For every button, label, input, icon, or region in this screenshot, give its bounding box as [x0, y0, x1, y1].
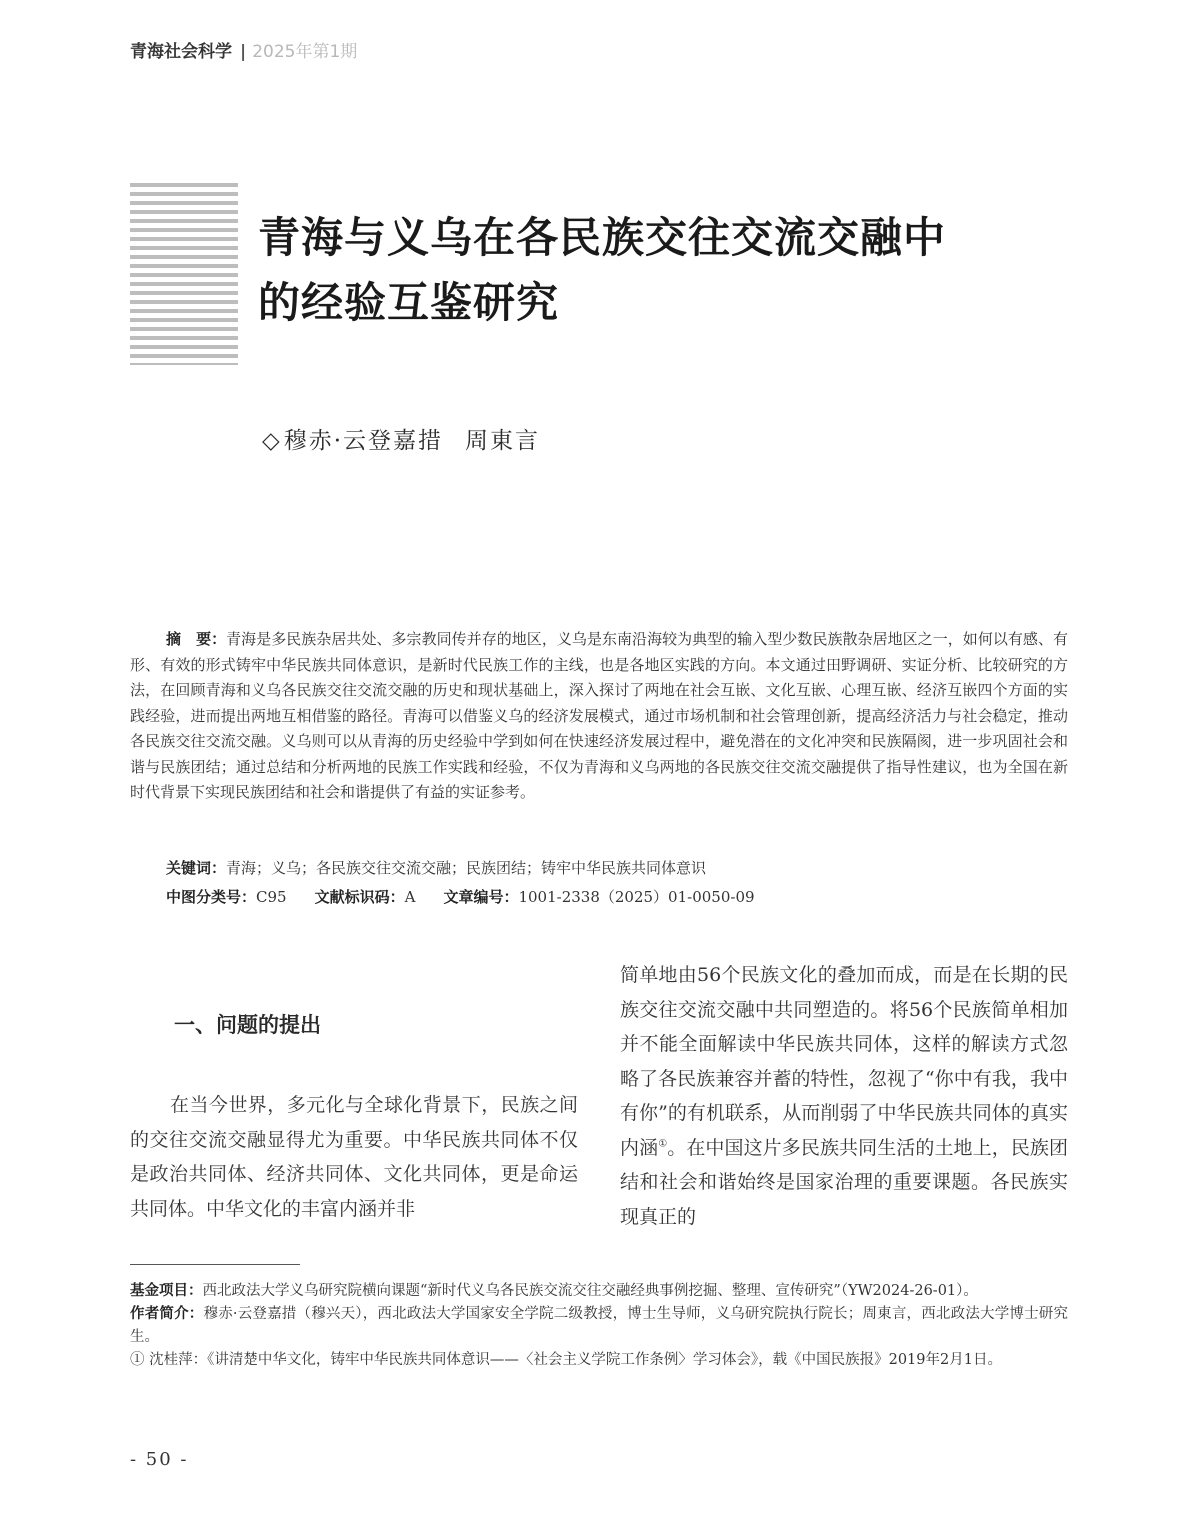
- funding-label: 基金项目：: [130, 1283, 203, 1299]
- author-bio-label: 作者简介：: [130, 1306, 204, 1322]
- author-1: 穆赤·云登嘉措: [284, 428, 443, 454]
- funding-note: 基金项目：西北政法大学义乌研究院横向课题“新时代义乌各民族交流交往交融经典事例挖…: [130, 1280, 1068, 1303]
- page-number: - 50 -: [130, 1448, 189, 1472]
- title-line-1: 青海与义乌在各民族交往交流交融中: [258, 205, 1078, 270]
- clc-value: C95: [256, 888, 287, 906]
- doc-code-label: 文献标识码：: [315, 888, 405, 906]
- article-no-value: 1001-2338（2025）01-0050-09: [518, 888, 754, 906]
- section-heading: 一、问题的提出: [174, 1008, 321, 1042]
- article-no-label: 文章编号：: [443, 888, 518, 906]
- footnotes: 基金项目：西北政法大学义乌研究院横向课题“新时代义乌各民族交流交往交融经典事例挖…: [130, 1280, 1068, 1372]
- running-head: 青海社会科学|2025年第1期: [130, 40, 357, 64]
- footnote-1: ① 沈桂萍：《讲清楚中华文化，铸牢中华民族共同体意识——〈社会主义学院工作条例〉…: [130, 1349, 1068, 1372]
- issue-label: 2025年第1期: [252, 42, 357, 62]
- title-line-2: 的经验互鉴研究: [258, 270, 1078, 335]
- body-paragraph-right: 简单地由56个民族文化的叠加而成，而是在长期的民族交往交流交融中共同塑造的。将5…: [620, 958, 1068, 1234]
- diamond-icon: ◇: [262, 428, 282, 454]
- body-text-after-note: 。在中国这片多民族共同生活的土地上，民族团结和社会和谐始终是国家治理的重要课题。…: [620, 1137, 1068, 1228]
- footnote-ref-1[interactable]: ①: [658, 1138, 667, 1149]
- doc-code-value: A: [405, 888, 416, 906]
- author-line: ◇穆赤·云登嘉措周東言: [262, 425, 540, 457]
- classification-line: 中图分类号：C95文献标识码：A文章编号：1001-2338（2025）01-0…: [166, 885, 755, 909]
- author-2: 周東言: [465, 428, 540, 454]
- keywords-line: 关键词：青海；义乌；各民族交往交流交融；民族团结；铸牢中华民族共同体意识: [166, 856, 706, 880]
- header-separator: |: [240, 42, 246, 62]
- funding-text: 西北政法大学义乌研究院横向课题“新时代义乌各民族交流交往交融经典事例挖掘、整理、…: [203, 1283, 978, 1299]
- decorative-stripes: [130, 183, 238, 365]
- abstract: 摘 要：青海是多民族杂居共处、多宗教同传并存的地区，义乌是东南沿海较为典型的输入…: [130, 627, 1068, 806]
- keywords-text: 青海；义乌；各民族交往交流交融；民族团结；铸牢中华民族共同体意识: [226, 859, 706, 877]
- body-right-column: 简单地由56个民族文化的叠加而成，而是在长期的民族交往交流交融中共同塑造的。将5…: [620, 958, 1068, 1234]
- clc-label: 中图分类号：: [166, 888, 256, 906]
- journal-name: 青海社会科学: [130, 42, 232, 62]
- author-bio-text: 穆赤·云登嘉措（穆兴天），西北政法大学国家安全学院二级教授，博士生导师，义乌研究…: [130, 1306, 1068, 1345]
- abstract-label: 摘 要：: [166, 630, 226, 648]
- keywords-label: 关键词：: [166, 859, 226, 877]
- footnote-1-marker: ①: [130, 1352, 145, 1368]
- body-left-column: 在当今世界，多元化与全球化背景下，民族之间的交往交流交融显得尤为重要。中华民族共…: [130, 1088, 578, 1226]
- article-title: 青海与义乌在各民族交往交流交融中 的经验互鉴研究: [258, 205, 1078, 335]
- footnote-divider: [130, 1264, 300, 1265]
- abstract-text: 青海是多民族杂居共处、多宗教同传并存的地区，义乌是东南沿海较为典型的输入型少数民…: [130, 630, 1068, 801]
- author-bio-note: 作者简介：穆赤·云登嘉措（穆兴天），西北政法大学国家安全学院二级教授，博士生导师…: [130, 1303, 1068, 1349]
- footnote-1-text: 沈桂萍：《讲清楚中华文化，铸牢中华民族共同体意识——〈社会主义学院工作条例〉学习…: [149, 1352, 1002, 1368]
- body-text-before-note: 简单地由56个民族文化的叠加而成，而是在长期的民族交往交流交融中共同塑造的。将5…: [620, 964, 1068, 1159]
- body-paragraph-left: 在当今世界，多元化与全球化背景下，民族之间的交往交流交融显得尤为重要。中华民族共…: [130, 1088, 578, 1226]
